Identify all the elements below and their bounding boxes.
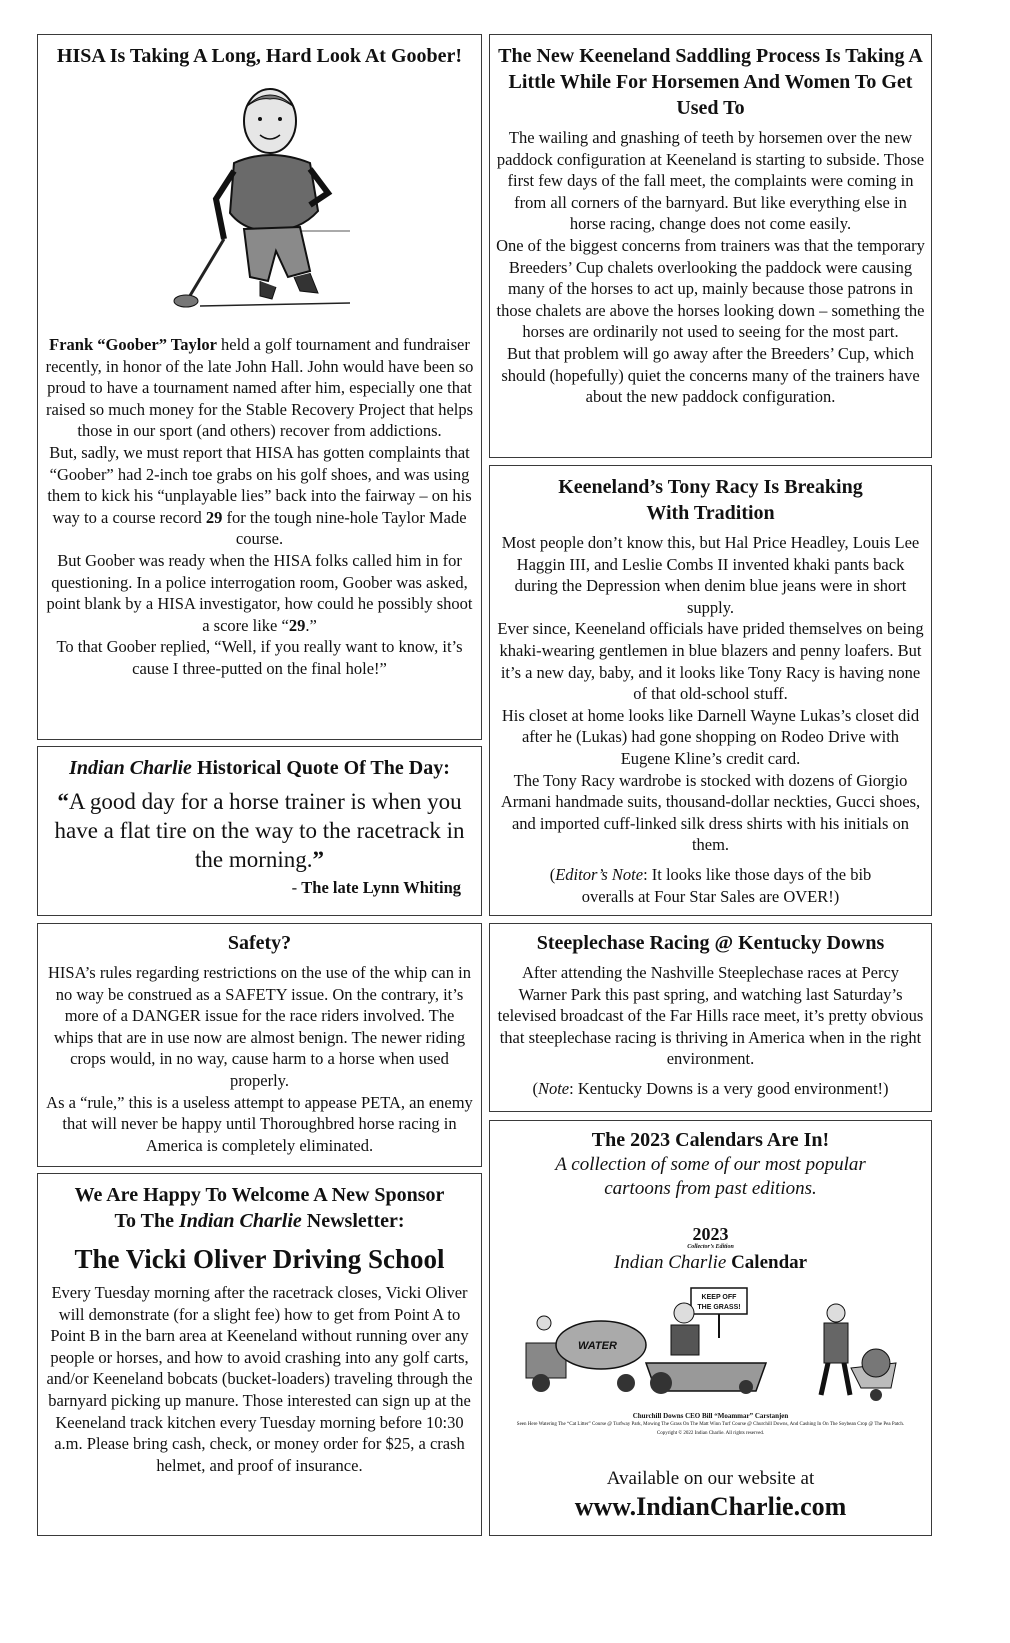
article-body: The wailing and gnashing of teeth by hor…	[496, 127, 925, 235]
calendar-cover-edition: Collector’s Edition	[496, 1243, 925, 1251]
article-body: To that Goober replied, “Well, if you re…	[44, 636, 475, 679]
article-title: Keeneland’s Tony Racy Is Breaking With T…	[496, 474, 925, 526]
editors-note: (Editor’s Note: It looks like those days…	[496, 864, 925, 907]
article-body: After attending the Nashville Steeplecha…	[496, 962, 925, 1070]
sponsor-name: The Vicki Oliver Driving School	[42, 1242, 477, 1276]
calendar-caption-text: Seen Here Watering The “Cat Litter” Cour…	[496, 1421, 925, 1428]
calendar-cover-title: Indian Charlie Calendar	[496, 1251, 925, 1275]
article-tony-racy: Keeneland’s Tony Racy Is Breaking With T…	[489, 465, 932, 916]
sponsor-body: Every Tuesday morning after the racetrac…	[42, 1282, 477, 1476]
article-title: Steeplechase Racing @ Kentucky Downs	[496, 930, 925, 956]
sponsor-title: We Are Happy To Welcome A New SponsorTo …	[42, 1182, 477, 1234]
quote-title: Indian Charlie Historical Quote Of The D…	[44, 755, 475, 781]
article-body: But, sadly, we must report that HISA has…	[44, 442, 475, 550]
article-body: But that problem will go away after the …	[496, 343, 925, 408]
article-body: Ever since, Keeneland officials have pri…	[496, 618, 925, 704]
article-body: Most people don’t know this, but Hal Pri…	[496, 532, 925, 618]
article-safety: Safety? HISA’s rules regarding restricti…	[37, 923, 482, 1167]
article-title: HISA Is Taking A Long, Hard Look At Goob…	[44, 43, 475, 69]
svg-text:WATER: WATER	[578, 1340, 617, 1352]
website-link[interactable]: www.IndianCharlie.com	[496, 1491, 925, 1523]
quote-of-the-day: Indian Charlie Historical Quote Of The D…	[37, 746, 482, 916]
calendar-copyright: Copyright © 2022 Indian Charlie. All rig…	[496, 1430, 925, 1437]
article-body: His closet at home looks like Darnell Wa…	[496, 705, 925, 770]
calendar-cartoon-art-icon: WATER KEEP OFF THE GRASS!	[516, 1283, 906, 1403]
article-body: One of the biggest concerns from trainer…	[496, 235, 925, 343]
calendar-title: The 2023 Calendars Are In!	[496, 1127, 925, 1153]
calendar-availability: Available on our website at	[496, 1467, 925, 1491]
quote-text: “A good day for a horse trainer is when …	[44, 787, 475, 874]
article-goober: HISA Is Taking A Long, Hard Look At Goob…	[37, 34, 482, 740]
article-body: As a “rule,” this is a useless attempt t…	[44, 1092, 475, 1157]
golfer-caricature-icon	[160, 81, 360, 311]
article-title: Safety?	[44, 930, 475, 956]
svg-text:KEEP OFF: KEEP OFF	[701, 1294, 737, 1301]
article-note: (Note: Kentucky Downs is a very good env…	[496, 1078, 925, 1100]
article-saddling: The New Keeneland Saddling Process Is Ta…	[489, 34, 932, 458]
calendar-caption-title: Churchill Downs CEO Bill “Moammar” Carst…	[496, 1412, 925, 1421]
article-body: But Goober was ready when the HISA folks…	[44, 550, 475, 636]
article-title: The New Keeneland Saddling Process Is Ta…	[496, 43, 925, 121]
article-steeplechase: Steeplechase Racing @ Kentucky Downs Aft…	[489, 923, 932, 1112]
article-body: HISA’s rules regarding restrictions on t…	[44, 962, 475, 1092]
article-body: The Tony Racy wardrobe is stocked with d…	[496, 770, 925, 856]
sponsor-announcement: We Are Happy To Welcome A New SponsorTo …	[37, 1173, 482, 1536]
quote-attribution: - The late Lynn Whiting	[44, 878, 475, 898]
calendar-ad: The 2023 Calendars Are In! A collection …	[489, 1120, 932, 1536]
calendar-subtitle: A collection of some of our most popular…	[496, 1153, 925, 1201]
svg-text:THE GRASS!: THE GRASS!	[697, 1304, 740, 1311]
article-body: Frank “Goober” Taylor held a golf tourna…	[44, 334, 475, 442]
calendar-cover-year: 2023	[496, 1225, 925, 1243]
